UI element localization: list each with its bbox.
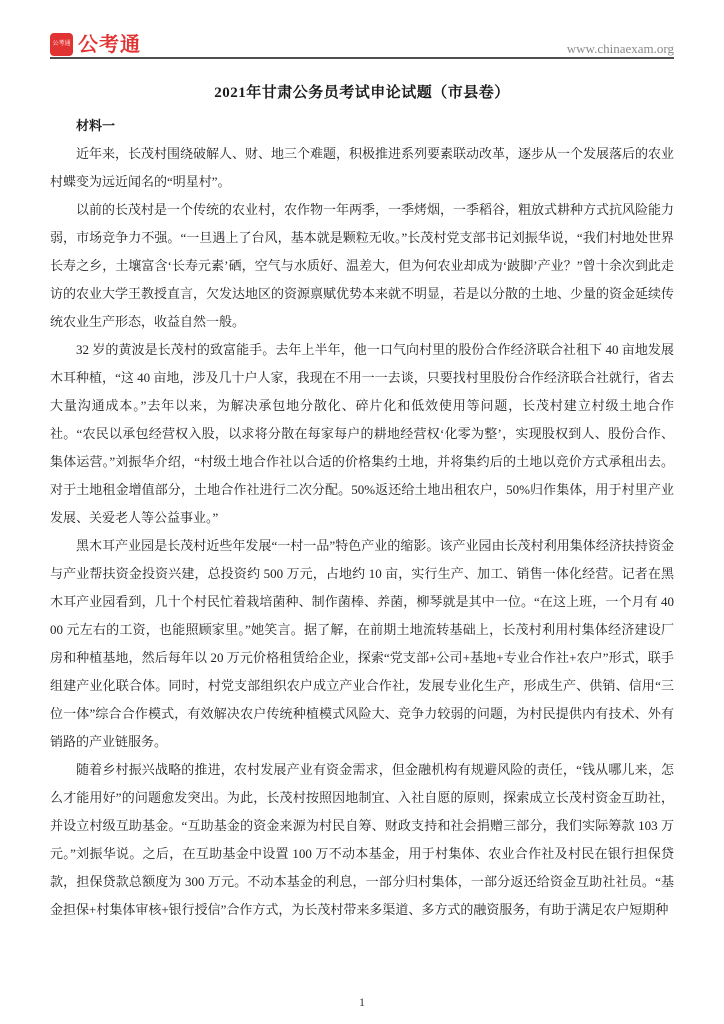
logo[interactable]: 公考通 公考通 — [50, 33, 141, 56]
logo-icon: 公考通 — [50, 33, 73, 56]
paragraph-3: 32 岁的黄波是长茂村的致富能手。去年上半年，他一口气向村里的股份合作经济联合社… — [50, 336, 674, 532]
document-body: 材料一 近年来，长茂村围绕破解人、财、地三个难题，积极推进系列要素联动改革，逐步… — [50, 112, 674, 924]
page-footer: 1 — [0, 995, 724, 1010]
page-title: 2021年甘肃公务员考试申论试题（市县卷） — [50, 81, 674, 102]
site-url[interactable]: www.chinaexam.org — [567, 42, 674, 56]
paragraph-2: 以前的长茂村是一个传统的农业村，农作物一年两季，一季烤烟，一季稻谷，粗放式耕种方… — [50, 196, 674, 336]
paragraph-5: 随着乡村振兴战略的推进，农村发展产业有资金需求，但金融机构有规避风险的责任，“钱… — [50, 756, 674, 924]
section-heading: 材料一 — [50, 112, 674, 140]
page-number: 1 — [359, 995, 365, 1009]
document-page: 公考通 公考通 www.chinaexam.org 2021年甘肃公务员考试申论… — [0, 0, 724, 1024]
paragraph-1: 近年来，长茂村围绕破解人、财、地三个难题，积极推进系列要素联动改革，逐步从一个发… — [50, 140, 674, 196]
paragraph-4: 黑木耳产业园是长茂村近些年发展“一村一品”特色产业的缩影。该产业园由长茂村利用集… — [50, 532, 674, 756]
logo-text: 公考通 — [78, 35, 141, 55]
site-header: 公考通 公考通 www.chinaexam.org — [50, 26, 674, 59]
